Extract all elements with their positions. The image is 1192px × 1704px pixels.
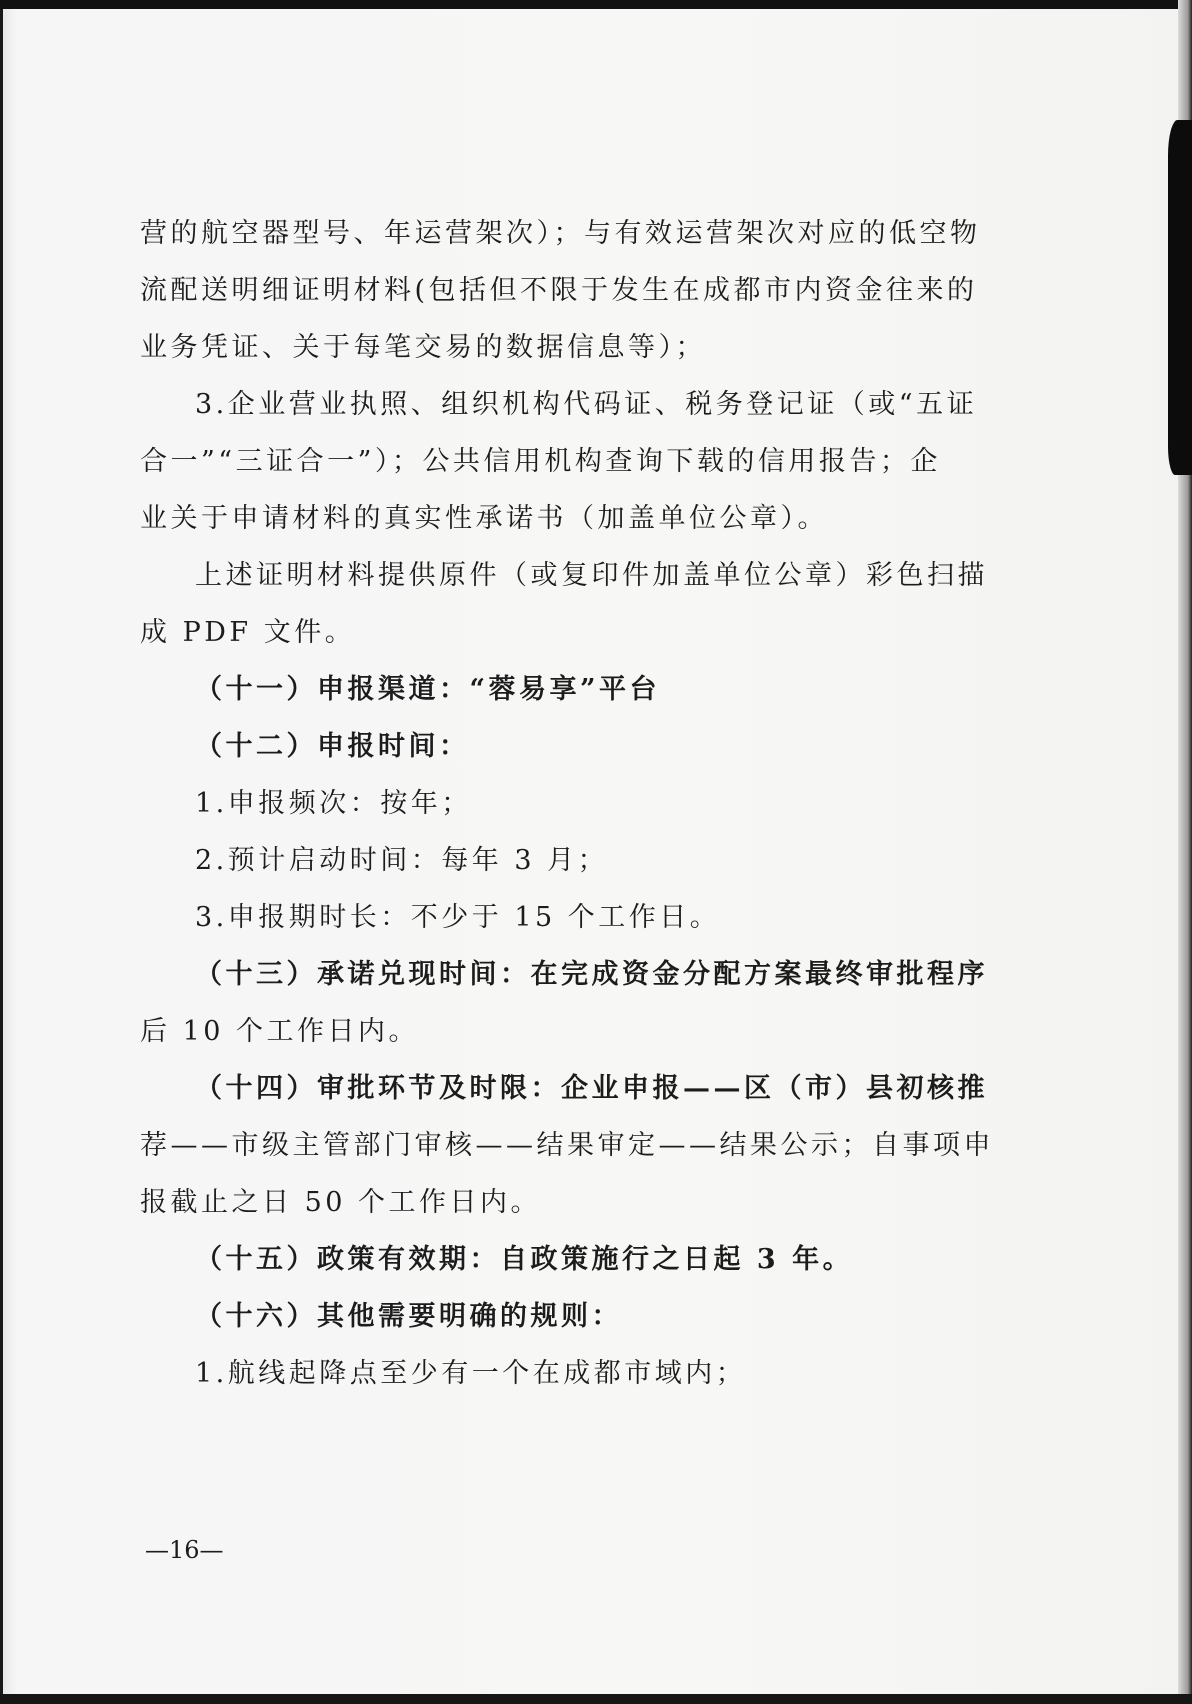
section-heading-15: （十五）政策有效期：自政策施行之日起 3 年。 [195, 1243, 1015, 1277]
body-line: 成 PDF 文件。 [140, 616, 960, 650]
list-item-3: 3.企业营业执照、组织机构代码证、税务登记证（或“五证 [195, 388, 1015, 422]
body-line: 荐——市级主管部门审核——结果审定——结果公示；自事项申 [140, 1129, 960, 1163]
body-line: 业务凭证、关于每笔交易的数据信息等）； [140, 331, 960, 365]
section-heading-14: （十四）审批环节及时限：企业申报——区（市）县初核推 [195, 1072, 1015, 1106]
body-line: 合一”“三证合一”）；公共信用机构查询下载的信用报告；企 [140, 445, 960, 479]
section-heading-13: （十三）承诺兑现时间：在完成资金分配方案最终审批程序 [195, 958, 1015, 992]
scan-torn-edge-shadow [1168, 120, 1192, 475]
body-line: 报截止之日 50 个工作日内。 [140, 1186, 960, 1220]
list-item-2: 2.预计启动时间：每年 3 月； [195, 844, 1015, 878]
section-heading-11: （十一）申报渠道：“蓉易享”平台 [195, 673, 1015, 707]
section-heading-12: （十二）申报时间： [195, 730, 1015, 764]
body-line: 流配送明细证明材料(包括但不限于发生在成都市内资金往来的 [140, 274, 960, 308]
body-line: 后 10 个工作日内。 [140, 1015, 960, 1049]
list-item-1: 1.航线起降点至少有一个在成都市域内； [195, 1357, 1015, 1391]
list-item-1: 1.申报频次：按年； [195, 787, 1015, 821]
scan-top-border [0, 0, 1192, 9]
section-heading-16: （十六）其他需要明确的规则： [195, 1300, 1015, 1334]
body-line: 业关于申请材料的真实性承诺书（加盖单位公章）。 [140, 502, 960, 536]
page-number: —16— [145, 1536, 224, 1564]
scan-bottom-border [0, 1694, 1192, 1704]
paragraph-start: 上述证明材料提供原件（或复印件加盖单位公章）彩色扫描 [195, 559, 1015, 593]
body-line: 营的航空器型号、年运营架次）；与有效运营架次对应的低空物 [140, 217, 960, 251]
list-item-3: 3.申报期时长：不少于 15 个工作日。 [195, 901, 1015, 935]
